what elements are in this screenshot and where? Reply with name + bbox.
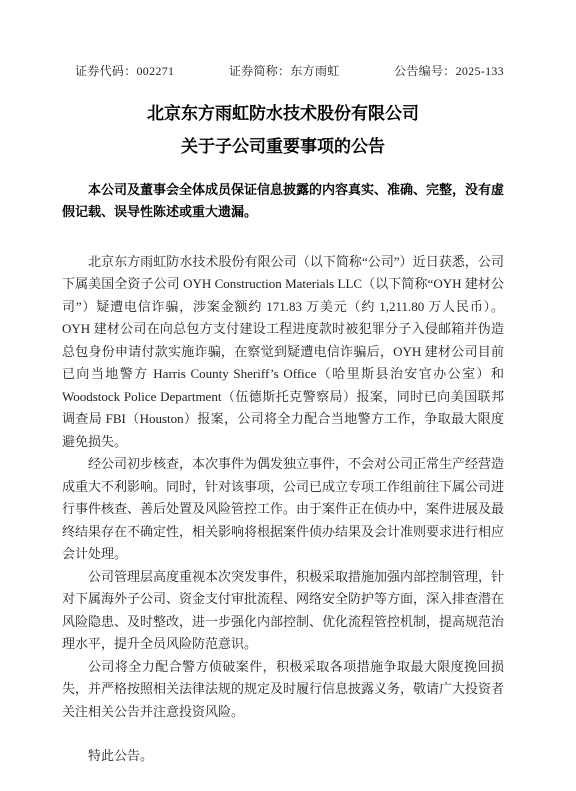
board-disclaimer: 本公司及董事会全体成员保证信息披露的内容真实、准确、完整，没有虚假记载、误导性陈… [62, 179, 504, 224]
closing-statement: 特此公告。 [62, 745, 504, 768]
announcement-title: 关于子公司重要事项的公告 [62, 136, 504, 157]
stock-abbreviation: 证券简称：东方雨虹 [229, 62, 340, 79]
announcement-number: 公告编号：2025-133 [394, 62, 504, 79]
body-paragraph-cooperation: 公司将全力配合警方侦破案件，积极采取各项措施争取最大限度挽回损失，并严格按照相关… [62, 656, 504, 724]
announcement-page: 证券代码：002271 证券简称：东方雨虹 公告编号：2025-133 北京东方… [0, 0, 576, 791]
document-header: 证券代码：002271 证券简称：东方雨虹 公告编号：2025-133 [62, 62, 504, 79]
body-paragraph-incident: 北京东方雨虹防水技术股份有限公司（以下简称“公司”）近日获悉，公司下属美国全资子… [62, 251, 504, 454]
stock-code: 证券代码：002271 [75, 62, 174, 79]
announcement-body: 北京东方雨虹防水技术股份有限公司（以下简称“公司”）近日获悉，公司下属美国全资子… [62, 251, 504, 724]
company-name-title: 北京东方雨虹防水技术股份有限公司 [62, 103, 504, 124]
body-paragraph-controls: 公司管理层高度重视本次突发事件，积极采取措施加强内部控制管理，针对下属海外子公司… [62, 566, 504, 656]
body-paragraph-impact: 经公司初步核查，本次事件为偶发独立事件，不会对公司正常生产经营造成重大不利影响。… [62, 453, 504, 566]
